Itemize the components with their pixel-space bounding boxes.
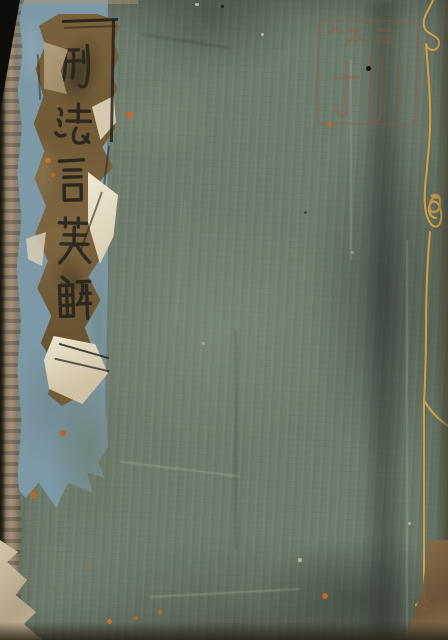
light-fleck [195,3,199,6]
stain-speck [126,112,133,118]
stain-speck [158,610,162,614]
title-label: 刑 法 言 苵 [32,14,120,406]
dark-speck [304,211,307,214]
light-fleck [202,342,205,345]
seal-glyph-strokes [318,21,416,123]
stain-speck [86,564,90,568]
stain-speck [51,173,55,177]
stain-speck [134,616,138,620]
stain-speck [327,122,332,127]
crease-shadow [235,330,237,550]
light-fleck [351,251,354,254]
bottom-edge-wear [0,622,448,640]
top-edge-wear [8,0,138,4]
light-fleck [261,33,264,36]
stain-speck [30,490,38,499]
title-character-5: 解 [51,271,93,328]
light-fleck [408,522,411,525]
photo-of-book-cover: 刑 法 言 苵 [0,0,448,640]
light-fleck [298,558,302,562]
dark-speck [366,66,371,71]
stain-speck [60,430,66,436]
dark-speck [221,5,224,8]
title-character-text: 言 [52,154,93,211]
crease-line [406,240,408,640]
title-character-text: 法 [52,100,93,157]
stain-speck [322,593,328,599]
title-character-text: 苵 [52,214,93,271]
stain-speck [107,619,112,624]
stain-speck [45,158,51,163]
collector-seal [316,19,418,125]
title-character-3: 言 [52,154,93,211]
title-character-2: 法 [52,100,93,157]
title-character-text: 解 [51,271,93,328]
title-character-4: 苵 [52,214,93,271]
